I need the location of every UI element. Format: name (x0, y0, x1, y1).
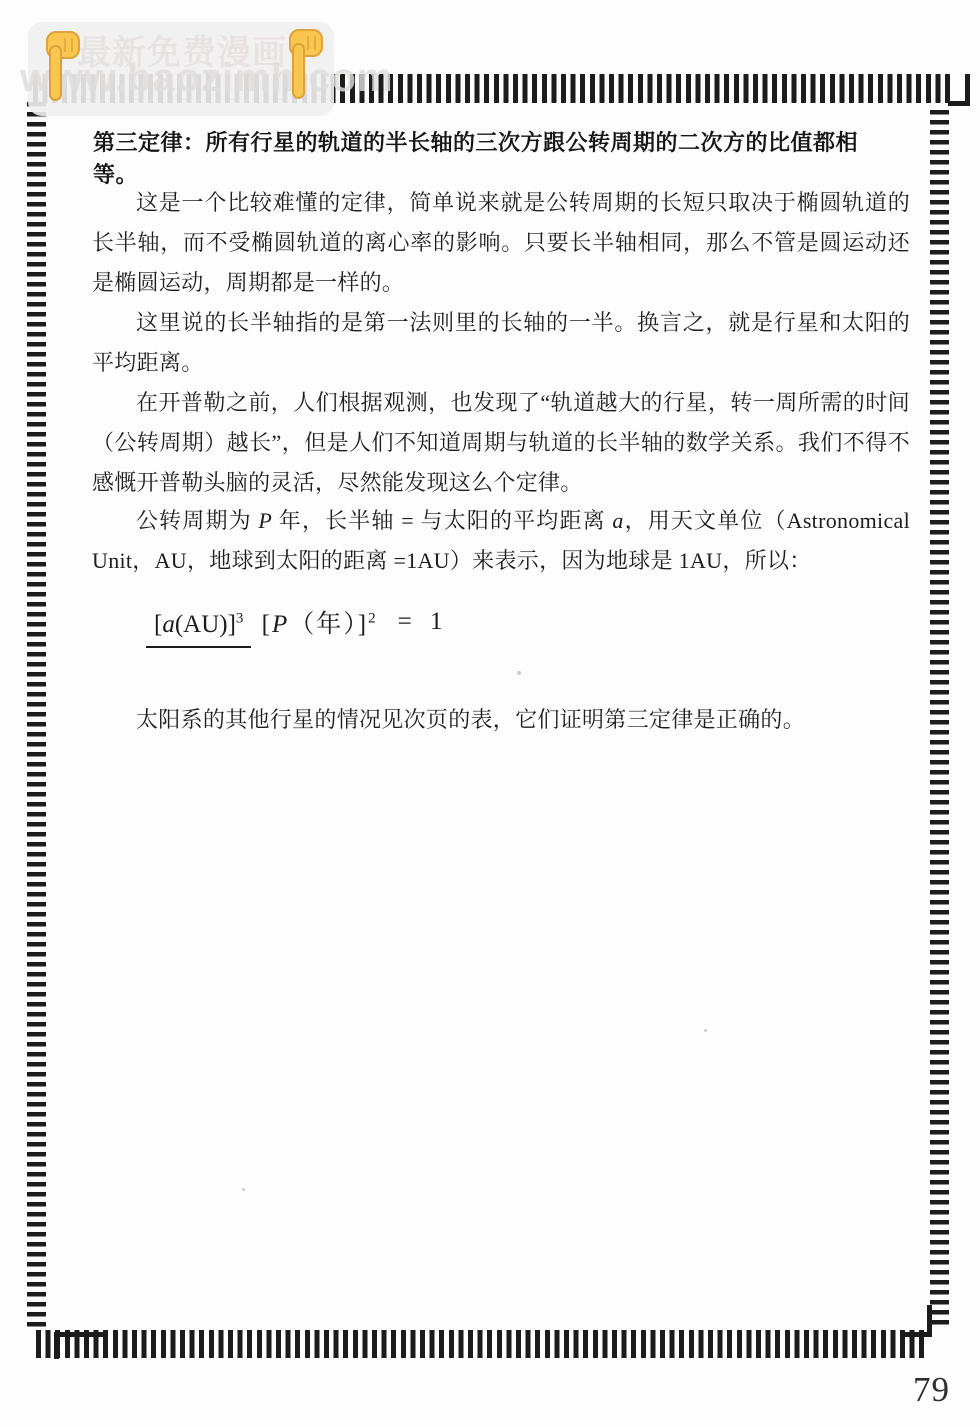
scan-speck (242, 1188, 245, 1191)
paragraph-5: 太阳系的其他行星的情况见次页的表，它们证明第三定律是正确的。 (92, 700, 910, 740)
formula-denominator-variable: P (272, 611, 289, 638)
book-page: 最新免费漫画 www.baozimh.com 第三定律：所有行星的轨道的半长轴的… (0, 0, 980, 1427)
scan-speck (704, 1029, 707, 1032)
formula-result: = 1 (398, 608, 449, 636)
formula-denominator-unit: （年）] (289, 611, 368, 638)
formula-denominator: [P（年）]2 (258, 603, 382, 638)
paragraph-3: 在开普勒之前，人们根据观测，也发现了“轨道越大的行星，转一周所需的时间（公转周期… (92, 383, 910, 503)
paragraph-4-run: 年，长半轴 = 与太阳的平均距离 (272, 508, 612, 533)
page-number: 79 (913, 1370, 950, 1410)
formula-denominator-bracket: [ (262, 611, 272, 638)
paragraph-4-run: 公转周期为 (136, 508, 258, 533)
hand-pointing-down-icon (40, 28, 84, 106)
hand-pointing-down-icon (283, 26, 327, 104)
page-border-left (27, 102, 46, 1330)
section-heading: 第三定律：所有行星的轨道的半长轴的三次方跟公转周期的二次方的比值都相等。 (93, 127, 895, 191)
formula-denominator-exponent: 2 (368, 611, 378, 627)
border-corner-bottom-left (54, 1332, 107, 1359)
paragraph-2: 这里说的长半轴指的是第一法则里的长轴的一半。换言之，就是行星和太阳的平均距离。 (92, 303, 910, 383)
formula-numerator-exponent: 3 (236, 611, 244, 627)
formula-numerator-unit: (AU)] (175, 611, 236, 638)
paragraph-1: 这是一个比较难懂的定律，简单说来就是公转周期的长短只取决于椭圆轨道的长半轴，而不… (92, 183, 910, 303)
variable-a: a (612, 508, 623, 533)
page-border-right (930, 110, 949, 1328)
formula-fraction: [a(AU)]3 [P（年）]2 (146, 604, 382, 640)
variable-P: P (258, 508, 272, 533)
formula-numerator-variable: a (162, 611, 175, 638)
border-corner-top-right (948, 74, 970, 106)
kepler-third-law-formula: [a(AU)]3 [P（年）]2 = 1 (146, 604, 448, 640)
border-corner-bottom-right (903, 1305, 932, 1337)
scan-speck (517, 671, 521, 675)
page-border-bottom (36, 1330, 928, 1358)
paragraph-4: 公转周期为 P 年，长半轴 = 与太阳的平均距离 a，用天文单位（Astrono… (92, 501, 910, 581)
formula-numerator: [a(AU)]3 (146, 611, 251, 648)
